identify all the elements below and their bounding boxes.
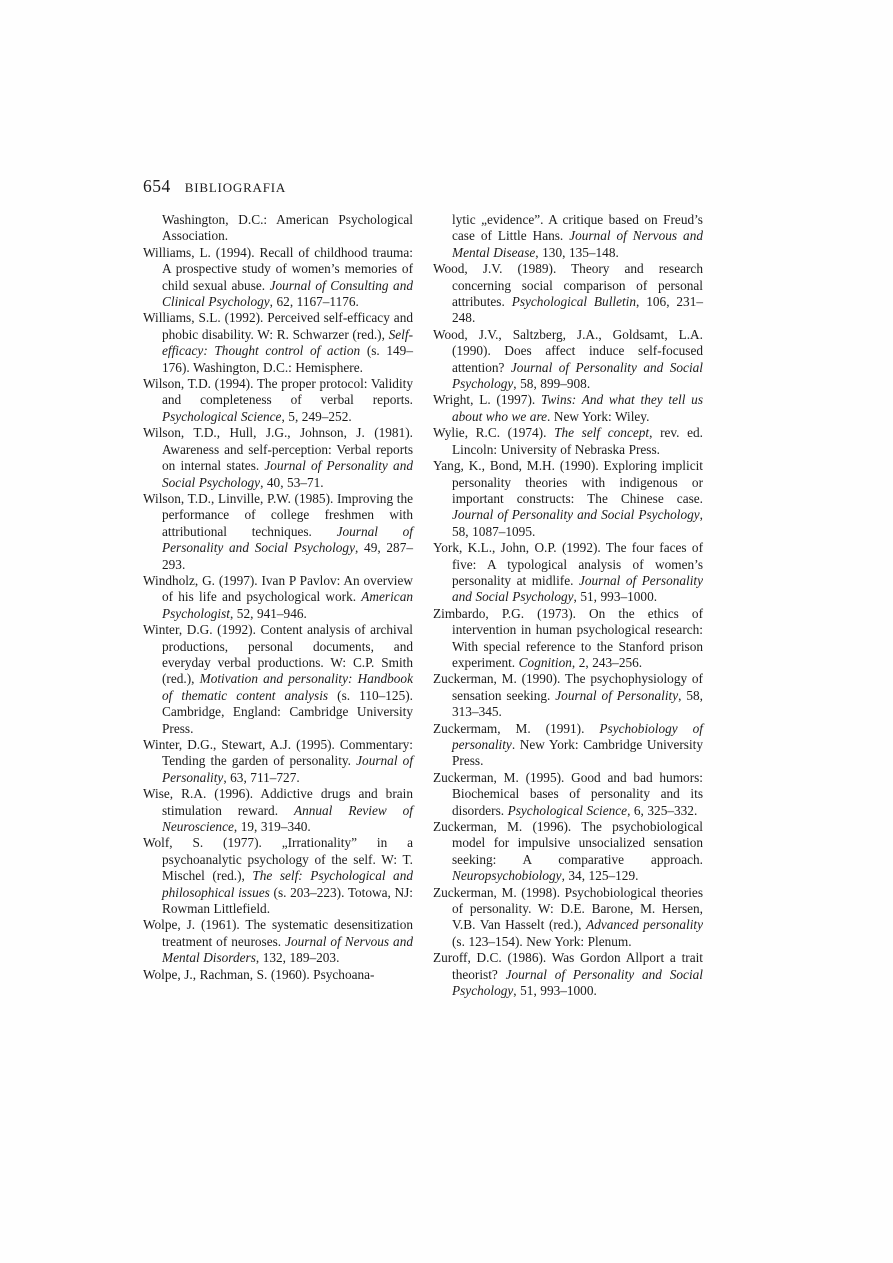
- reference-text: , 5, 249–252.: [281, 409, 351, 424]
- reference-text: , 19, 319–340.: [234, 819, 311, 834]
- reference-title-italic: Journal of Personality and Social Psycho…: [452, 507, 700, 522]
- reference-text: , 52, 941–946.: [230, 606, 307, 621]
- reference-title-italic: Neuropsychobiology: [452, 868, 562, 883]
- reference-entry: Zuroff, D.C. (1986). Was Gordon Allport …: [433, 950, 703, 999]
- reference-text: Zuckerman, M. (1996). The psychobiologic…: [433, 819, 703, 867]
- reference-text: , 63, 711–727.: [223, 770, 299, 785]
- reference-entry: Winter, D.G., Stewart, A.J. (1995). Comm…: [143, 737, 413, 786]
- running-head: 654 BIBLIOGRAFIA: [143, 176, 286, 197]
- reference-entry: Wilson, T.D., Hull, J.G., Johnson, J. (1…: [143, 425, 413, 491]
- reference-title-italic: Cognition: [519, 655, 572, 670]
- reference-title-italic: Journal of Personality: [555, 688, 678, 703]
- bibliography-columns: Washington, D.C.: American Psychological…: [143, 212, 703, 1000]
- reference-title-italic: Psychological Bulletin: [512, 294, 636, 309]
- reference-text: Williams, S.L. (1992). Perceived self-ef…: [143, 310, 413, 341]
- reference-entry: Wolf, S. (1977). „Irrationality” in a ps…: [143, 835, 413, 917]
- reference-text: Wolpe, J., Rachman, S. (1960). Psychoana…: [143, 967, 374, 982]
- reference-entry: Winter, D.G. (1992). Content analysis of…: [143, 622, 413, 737]
- reference-entry: Yang, K., Bond, M.H. (1990). Exploring i…: [433, 458, 703, 540]
- reference-text: , 40, 53–71.: [260, 475, 324, 490]
- reference-text: , 132, 189–203.: [256, 950, 340, 965]
- reference-title-italic: Psychological Science: [162, 409, 281, 424]
- reference-text: , 62, 1167–1176.: [270, 294, 359, 309]
- reference-entry: Zuckerman, M. (1995). Good and bad humor…: [433, 770, 703, 819]
- reference-entry: Zuckerman, M. (1998). Psychobiological t…: [433, 885, 703, 951]
- reference-entry: Wolpe, J. (1961). The systematic desensi…: [143, 917, 413, 966]
- bibliography-column-left: Washington, D.C.: American Psychological…: [143, 212, 413, 1000]
- reference-title-italic: Advanced personality: [586, 917, 703, 932]
- reference-title-italic: The self concept: [554, 425, 649, 440]
- reference-entry: Wood, J.V., Saltzberg, J.A., Goldsamt, L…: [433, 327, 703, 393]
- reference-entry: York, K.L., John, O.P. (1992). The four …: [433, 540, 703, 606]
- reference-entry: Zuckerman, M. (1990). The psychophysiolo…: [433, 671, 703, 720]
- reference-text: , 51, 993–1000.: [513, 983, 597, 998]
- reference-entry: Windholz, G. (1997). Ivan P Pavlov: An o…: [143, 573, 413, 622]
- reference-text: Wright, L. (1997).: [433, 392, 541, 407]
- reference-entry: Wilson, T.D., Linville, P.W. (1985). Imp…: [143, 491, 413, 573]
- running-head-title: BIBLIOGRAFIA: [185, 180, 286, 196]
- reference-entry: Wilson, T.D. (1994). The proper protocol…: [143, 376, 413, 425]
- reference-entry: Zuckerman, M. (1996). The psychobiologic…: [433, 819, 703, 885]
- page-number: 654: [143, 176, 171, 197]
- reference-text: , 51, 993–1000.: [574, 589, 658, 604]
- reference-text: Wilson, T.D. (1994). The proper protocol…: [143, 376, 413, 407]
- reference-entry: Wolpe, J., Rachman, S. (1960). Psychoana…: [143, 967, 413, 983]
- reference-text: Yang, K., Bond, M.H. (1990). Exploring i…: [433, 458, 703, 506]
- reference-entry: Zimbardo, P.G. (1973). On the ethics of …: [433, 606, 703, 672]
- bibliography-column-right: lytic „evidence”. A critique based on Fr…: [433, 212, 703, 1000]
- reference-text: . New York: Wiley.: [547, 409, 649, 424]
- reference-entry: Williams, S.L. (1992). Perceived self-ef…: [143, 310, 413, 376]
- book-page: 654 BIBLIOGRAFIA Washington, D.C.: Ameri…: [0, 0, 893, 1263]
- reference-entry: Zuckermam, M. (1991). Psychobiology of p…: [433, 721, 703, 770]
- reference-text: , 2, 243–256.: [572, 655, 642, 670]
- reference-text: Wylie, R.C. (1974).: [433, 425, 554, 440]
- reference-entry: Wise, R.A. (1996). Addictive drugs and b…: [143, 786, 413, 835]
- reference-text: , 58, 899–908.: [513, 376, 590, 391]
- reference-entry-continuation: Washington, D.C.: American Psychological…: [143, 212, 413, 245]
- reference-title-italic: Psychological Science: [508, 803, 627, 818]
- reference-entry: Wylie, R.C. (1974). The self concept, re…: [433, 425, 703, 458]
- reference-entry: Wood, J.V. (1989). Theory and research c…: [433, 261, 703, 327]
- reference-text: Zuckermam, M. (1991).: [433, 721, 599, 736]
- reference-text: , 34, 125–129.: [562, 868, 639, 883]
- reference-text: , 6, 325–332.: [627, 803, 697, 818]
- reference-entry: Williams, L. (1994). Recall of childhood…: [143, 245, 413, 311]
- reference-entry: Wright, L. (1997). Twins: And what they …: [433, 392, 703, 425]
- reference-text: , 130, 135–148.: [535, 245, 619, 260]
- reference-text: Washington, D.C.: American Psychological…: [162, 212, 413, 243]
- reference-text: (s. 123–154). New York: Plenum.: [452, 934, 632, 949]
- reference-entry-continuation: lytic „evidence”. A critique based on Fr…: [433, 212, 703, 261]
